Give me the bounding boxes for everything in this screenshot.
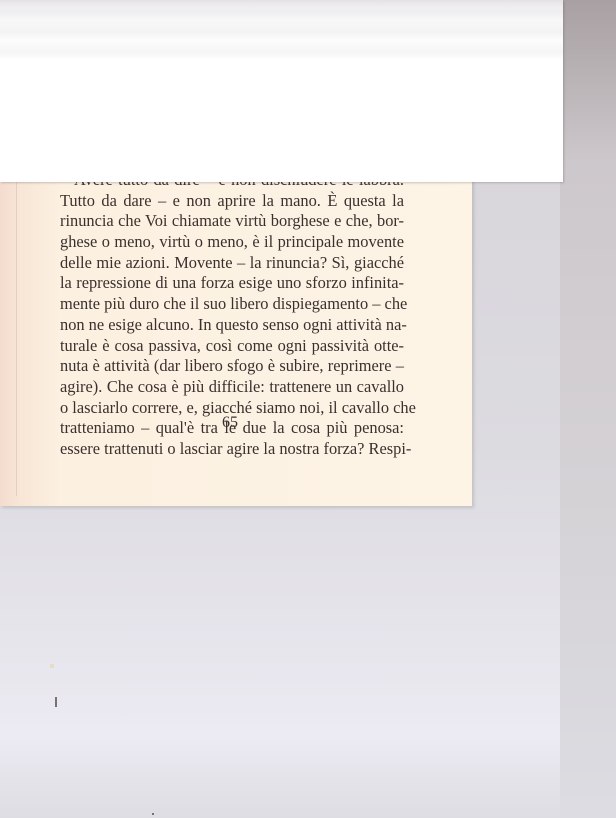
text-line: turale è cosa passiva, così come ogni pa…	[60, 336, 404, 357]
scan-speck	[50, 664, 54, 668]
text-line: rinuncia che Voi chiamate virtù borghese…	[60, 211, 404, 232]
text-line: agire). Che cosa è più difficile: tratte…	[60, 377, 404, 398]
scan-speck	[55, 697, 57, 707]
text-line: mente più duro che il suo libero dispieg…	[60, 294, 404, 315]
text-line: delle mie azioni. Movente – la rinuncia?…	[60, 253, 404, 274]
page-number: 65	[222, 414, 238, 432]
text-line: nuta è attività (dar libero sfogo è subi…	[60, 356, 404, 377]
text-line: ghese o meno, virtù o meno, è il princip…	[60, 232, 404, 253]
page-gutter-line	[16, 156, 17, 496]
text-line: essere trattenuti o lasciar agire la nos…	[60, 439, 404, 460]
scanner-background-right	[560, 0, 616, 818]
text-line: la repressione di una forza esige uno sf…	[60, 273, 404, 294]
scan-speck	[152, 813, 154, 815]
cover-strip-bleed-through	[0, 0, 563, 60]
text-line: non ne esige alcuno. In questo senso ogn…	[60, 315, 404, 336]
text-line: Tutto da dare – e non aprire la mano. È …	[60, 191, 404, 212]
